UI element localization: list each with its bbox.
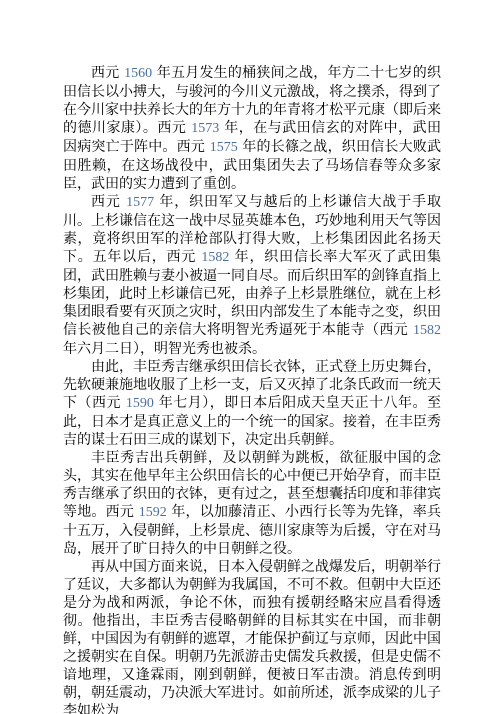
year-number: 1577 [126,195,154,210]
paragraph: 由此，丰臣秀吉继承织田信长衣钵，正式登上历史舞台，先软硬兼施地收服了上杉一支，后… [63,358,441,449]
text-run: 西元 [91,65,124,81]
year-number: 1560 [124,66,152,81]
text-run: 再从中国方面来说，日本入侵朝鲜之战爆发后，明朝举行了廷议，大多都认为朝鲜为我属国… [63,559,441,714]
document-page: 西元 1560 年五月发生的桶狭间之战，年方二十七岁的织田信长以小搏大，与骏河的… [0,0,503,714]
paragraph: 西元 1577 年，织田军又与越后的上杉谦信大战于手取川。上杉谦信在这一战中尽显… [63,193,441,358]
year-number: 1590 [126,396,154,411]
year-number: 1582 [201,250,229,265]
document-body: 西元 1560 年五月发生的桶狭间之战，年方二十七岁的织田信长以小搏大，与骏河的… [63,64,441,714]
year-number: 1575 [210,140,238,155]
year-number: 1592 [139,505,167,520]
text-run: 年六月二日），明智光秀也被杀。 [63,341,266,357]
paragraph: 丰臣秀吉出兵朝鲜，及以朝鲜为跳板，欲征服中国的念头，其实在他早年主公织田信长的心… [63,449,441,558]
paragraph: 西元 1560 年五月发生的桶狭间之战，年方二十七岁的织田信长以小搏大，与骏河的… [63,64,441,193]
paragraph: 再从中国方面来说，日本入侵朝鲜之战爆发后，明朝举行了廷议，大多都认为朝鲜为我属国… [63,558,441,714]
text-run: 西元 [91,194,126,210]
year-number: 1573 [191,121,219,136]
year-number: 1582 [413,323,441,338]
